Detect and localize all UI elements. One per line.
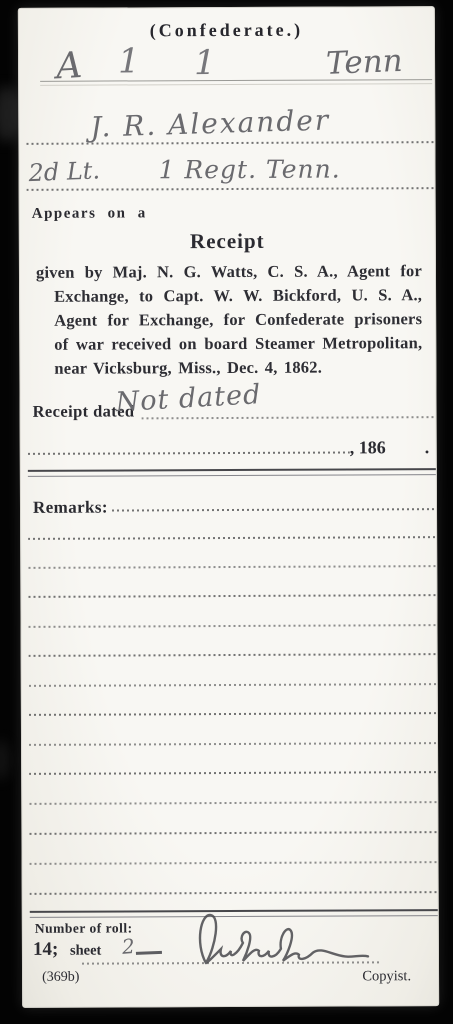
dotted-line bbox=[29, 683, 437, 687]
description-line: Agent for Exchange, for Confederate pris… bbox=[36, 307, 422, 333]
ruled-line bbox=[40, 79, 432, 86]
description-line: near Vicksburg, Miss., Dec. 4, 1862. bbox=[36, 355, 422, 381]
remarks-label: Remarks: bbox=[33, 498, 108, 518]
dotted-line bbox=[30, 891, 438, 895]
catalog-number: (369b) bbox=[42, 970, 79, 986]
year-prefix: , 186 bbox=[350, 437, 386, 458]
section-rule bbox=[28, 468, 436, 477]
rank-entry: 2d Lt. bbox=[28, 156, 101, 187]
dotted-line bbox=[28, 565, 436, 569]
dotted-line bbox=[29, 653, 437, 657]
dotted-line bbox=[142, 416, 436, 419]
roll-number: 14; bbox=[33, 939, 58, 961]
dotted-line bbox=[29, 831, 437, 835]
sheet-label: sheet bbox=[70, 943, 101, 960]
record-description: given by Maj. N. G. Watts, C. S. A., Age… bbox=[36, 259, 423, 381]
unit-entry: 1 Regt. Tenn. bbox=[158, 155, 340, 185]
handwritten-dash bbox=[136, 951, 162, 955]
card-header-title: (Confederate.) bbox=[18, 19, 435, 42]
dotted-line bbox=[29, 771, 437, 775]
dotted-line bbox=[28, 594, 436, 598]
scan-smudge bbox=[0, 86, 20, 142]
dotted-line bbox=[28, 451, 350, 454]
ditto-mark: 1 bbox=[194, 43, 216, 83]
dotted-line bbox=[112, 508, 436, 511]
dotted-line bbox=[28, 536, 436, 540]
description-line: given by Maj. N. G. Watts, C. S. A., Age… bbox=[36, 259, 422, 285]
dotted-line bbox=[26, 141, 434, 145]
dotted-line bbox=[29, 801, 437, 805]
description-line: Exchange, to Capt. W. W. Bickford, U. S.… bbox=[36, 283, 422, 309]
dotted-line bbox=[29, 712, 437, 716]
description-line: of war received on board Steamer Metropo… bbox=[36, 331, 422, 357]
scanned-photo-background: (Confederate.) A 1 1 Tenn J. R. Alexande… bbox=[0, 0, 453, 1024]
receipt-dated-value: Not dated bbox=[115, 379, 262, 418]
copyist-signature-scrawl bbox=[190, 906, 382, 971]
number-of-roll-label: Number of roll: bbox=[35, 920, 133, 936]
dotted-line bbox=[29, 624, 437, 628]
appears-on-label: Appears on a bbox=[32, 205, 147, 223]
dotted-line bbox=[27, 187, 435, 191]
service-record-card: (Confederate.) A 1 1 Tenn J. R. Alexande… bbox=[18, 6, 439, 1008]
scan-smudge bbox=[0, 740, 10, 780]
soldier-name: J. R. Alexander bbox=[90, 103, 331, 143]
dotted-line bbox=[29, 742, 437, 746]
dotted-line bbox=[30, 861, 438, 865]
record-type-title: Receipt bbox=[19, 228, 436, 255]
state-entry: Tenn bbox=[325, 43, 403, 82]
ditto-mark: 1 bbox=[118, 41, 140, 81]
sheet-value: 2 bbox=[121, 934, 135, 959]
copyist-label: Copyist. bbox=[362, 968, 411, 985]
year-period: . bbox=[425, 437, 430, 458]
